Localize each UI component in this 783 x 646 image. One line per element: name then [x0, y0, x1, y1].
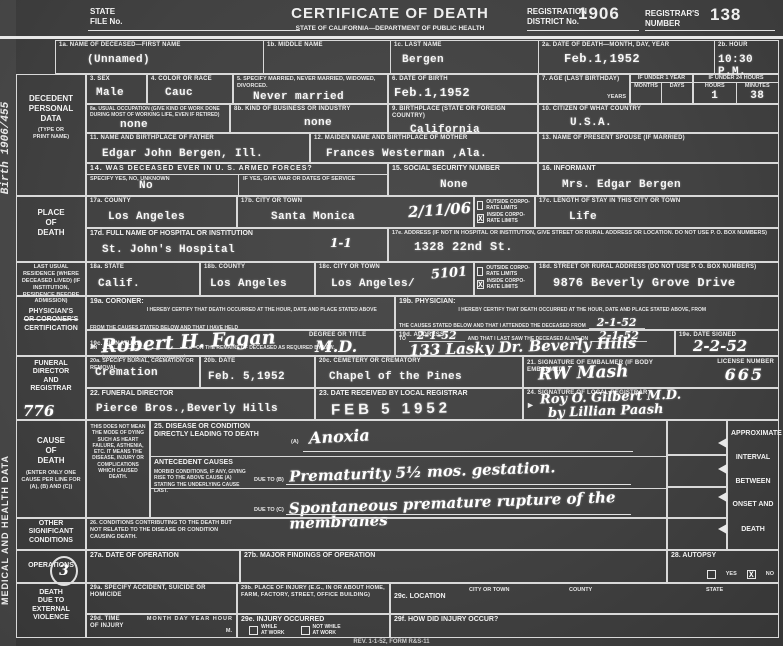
field-17c-label: 17c. LENGTH OF STAY IN THIS CITY OR TOWN — [539, 198, 775, 205]
field-20b: 20b. DATE Feb. 5,1952 — [200, 356, 315, 388]
field-17e-label: 17e. ADDRESS (IF NOT IN HOSPITAL OR INST… — [392, 230, 775, 237]
field-14-sub1-label: SPECIFY YES, NO, UNKNOWN — [90, 176, 170, 183]
antecedent-label: ANTECEDENT CAUSES — [154, 459, 233, 467]
field-28-label: 28. AUTOPSY — [671, 552, 775, 560]
field-27a-label: 27a. DATE OF OPERATION — [90, 552, 236, 560]
field-17c: 17c. LENGTH OF STAY IN THIS CITY OR TOWN… — [535, 196, 779, 228]
field-23-date-stamp: FEB 5 1952 — [331, 399, 519, 419]
field-17e-value: 1328 22nd St. — [414, 241, 775, 254]
interval-arrow-icon — [718, 492, 727, 502]
field-14-sub2-label: IF YES, GIVE WAR OR DATES OF SERVICE — [243, 176, 355, 183]
field-24: 24. SIGNATURE OF LOCAL REGISTRAR ► Roy O… — [523, 388, 779, 420]
sidebar-residence: LAST USUAL RESIDENCE (WHERE DECEASED LIV… — [16, 262, 86, 296]
field-u1y-label: IF UNDER 1 YEAR — [631, 75, 692, 83]
field-8a-label: 8a. USUAL OCCUPATION (GIVE KIND OF WORK … — [90, 106, 226, 119]
interval-word-interval: INTERVAL — [731, 454, 775, 462]
field-19c: 19c. SIGNATURE ► Robert H. Fagan DEGREE … — [86, 330, 395, 356]
field-15-label: 15. SOCIAL SECURITY NUMBER — [392, 165, 534, 173]
field-18c: 18c. CITY OR TOWN Los Angeles/ 5101 — [315, 262, 474, 296]
field-10-label: 10. CITIZEN OF WHAT COUNTRY — [542, 106, 775, 113]
injury-not-while-at-work-checkbox — [301, 626, 310, 635]
field-u24-minutes-label: MINUTES — [737, 83, 779, 90]
state-file-label: STATE FILE No. — [90, 7, 122, 27]
field-19e-value: 2-2-52 — [693, 339, 775, 354]
sidebar-funeral-handwritten-number: 776 — [23, 404, 54, 419]
field-1a-value: (Unnamed) — [87, 54, 260, 66]
field-29c-county-label: COUNTY — [569, 587, 592, 594]
field-3: 3. SEX Male — [86, 74, 147, 104]
field-18d-value: 9876 Beverly Grove Drive — [553, 277, 775, 290]
field-12-value: Frances Westerman ,Ala. — [326, 148, 534, 160]
cause-b-underline — [286, 484, 631, 485]
field-17b-value: Santa Monica — [271, 211, 355, 223]
field-u24-label: IF UNDER 24 HOURS — [694, 75, 778, 83]
field-19b-from-value: 2-1-52 — [589, 317, 645, 329]
field-28-autopsy: 28. AUTOPSY YES XNO — [667, 550, 779, 583]
field-1c-label: 1c. LAST NAME — [394, 42, 535, 49]
field-7: 7. AGE (LAST BIRTHDAY) YEARS — [538, 74, 630, 104]
field-21-license-value: 665 — [725, 367, 764, 383]
header-double-rule — [0, 36, 783, 39]
sidebar-certification-line2: OR CORONER'S — [20, 316, 82, 324]
field-14-value: No — [139, 180, 153, 192]
field-17d: 17d. FULL NAME OF HOSPITAL OR INSTITUTIO… — [86, 228, 388, 262]
field-10: 10. CITIZEN OF WHAT COUNTRY U.S.A. — [538, 104, 779, 133]
outside-limits-checkbox — [477, 201, 483, 210]
sidebar-place-of-death: PLACE OF DEATH — [16, 196, 86, 262]
sidebar-other-conditions: OTHER SIGNIFICANT CONDITIONS — [16, 518, 86, 550]
field-8b-label: 8b. KIND OF BUSINESS OR INDUSTRY — [234, 106, 384, 113]
field-27a: 27a. DATE OF OPERATION — [86, 550, 240, 583]
field-29d-columns-label: MONTH DAY YEAR HOUR — [147, 616, 233, 623]
field-26: 26. CONDITIONS CONTRIBUTING TO THE DEATH… — [86, 518, 667, 550]
field-18a-label: 18a. STATE — [90, 264, 196, 271]
cause-a-underline — [303, 451, 633, 452]
outside-limits-checkbox — [477, 267, 483, 276]
field-if-under-24-hours: IF UNDER 24 HOURS HOURS MINUTES 1 38 — [693, 74, 779, 104]
sidebar-operations-handwritten-circle: 3 — [50, 556, 78, 586]
interval-label-column: APPROXIMATE INTERVAL BETWEEN ONSET AND D… — [727, 420, 779, 550]
field-if-under-1-year: IF UNDER 1 YEAR MONTHS DAYS — [630, 74, 693, 104]
field-2a: 2a. DATE OF DEATH—MONTH, DAY, YEAR Feb.1… — [538, 40, 715, 74]
sidebar-cause-sublabel: (ENTER ONLY ONE CAUSE PER LINE FOR (A), … — [20, 470, 82, 491]
field-18c-handwritten: 5101 — [430, 265, 467, 281]
autopsy-yes-checkbox — [707, 570, 716, 579]
field-25-b-value: Prematurity 5½ mos. gestation. — [289, 460, 556, 484]
field-9-label: 9. BIRTHPLACE (STATE OR FOREIGN COUNTRY) — [392, 106, 534, 120]
field-19a: 19a. CORONER: I HEREBY CERTIFY THAT DEAT… — [86, 296, 395, 330]
field-19b-text1: I HEREBY CERTIFY THAT DEATH OCCURRED AT … — [458, 307, 706, 313]
field-16-label: 16. INFORMANT — [542, 165, 775, 173]
field-1a-label: 1a. NAME OF DECEASED—FIRST NAME — [59, 42, 260, 49]
registrar-number-value: 138 — [710, 5, 741, 25]
field-25-a-value: Anoxia — [309, 427, 370, 446]
cause-note-column: THIS DOES NOT MEAN THE MODE OF DYING SUC… — [86, 420, 150, 518]
field-29b-label: 29b. PLACE OF INJURY (E.G., IN OR ABOUT … — [241, 585, 386, 598]
field-15-value: None — [440, 179, 534, 191]
field-22-label: 22. FUNERAL DIRECTOR — [90, 390, 311, 398]
interval-arrow-icon — [718, 438, 727, 448]
field-8a-value: none — [120, 119, 226, 131]
field-17e: 17e. ADDRESS (IF NOT IN HOSPITAL OR INST… — [388, 228, 779, 262]
field-19a-text1: I HEREBY CERTIFY THAT DEATH OCCURRED AT … — [90, 307, 377, 331]
autopsy-yes-label: YES — [726, 571, 737, 578]
interval-arrow-icon — [718, 524, 727, 534]
field-17-corporate-limits: OUTSIDE CORPO- RATE LIMITS XINSIDE CORPO… — [474, 196, 535, 228]
sidebar-decedent: DECEDENT PERSONAL DATA (TYPE OR PRINT NA… — [16, 74, 86, 196]
registrar-number-label: REGISTRAR'S NUMBER — [645, 9, 699, 29]
field-19c-signature-value: Robert H. Fagan — [101, 328, 276, 356]
field-23: 23. DATE RECEIVED BY LOCAL REGISTRAR FEB… — [315, 388, 523, 420]
interval-word-death: DEATH — [731, 526, 775, 534]
sidebar-cause-of-death: CAUSE OF DEATH (ENTER ONLY ONE CAUSE PER… — [16, 420, 86, 518]
inside-limits-checkbox-checked: X — [477, 214, 484, 223]
sidebar-funeral-label: FUNERAL DIRECTOR AND REGISTRAR — [20, 360, 82, 394]
field-29f-label: 29f. HOW DID INJURY OCCUR? — [394, 616, 775, 624]
field-u1y-months-label: MONTHS — [631, 83, 662, 90]
interval-box-26 — [667, 518, 727, 550]
field-29c-state-label: STATE — [706, 587, 723, 594]
field-11: 11. NAME AND BIRTHPLACE OF FATHER Edgar … — [86, 133, 310, 163]
field-8b: 8b. KIND OF BUSINESS OR INDUSTRY none — [230, 104, 388, 133]
field-17c-value: Life — [569, 211, 775, 223]
field-17a-label: 17a. COUNTY — [90, 198, 233, 205]
field-1b: 1b. MIDDLE NAME — [263, 40, 391, 74]
field-18d: 18d. STREET OR RURAL ADDRESS (DO NOT USE… — [535, 262, 779, 296]
sidebar-other-label: OTHER SIGNIFICANT CONDITIONS — [20, 520, 82, 545]
sidebar-external-violence: DEATH DUE TO EXTERNAL VIOLENCE — [16, 583, 86, 638]
margin-birth-note: Birth 1906/455 — [0, 68, 16, 228]
field-3-value: Male — [96, 87, 143, 99]
injury-while-at-work-checkbox — [249, 626, 258, 635]
field-21-signature-value: RW Mash — [538, 363, 629, 383]
field-14-divider — [238, 174, 239, 195]
field-20a-value: Cremation — [95, 367, 158, 379]
field-2a-value: Feb.1,1952 — [564, 53, 711, 66]
field-3-label: 3. SEX — [90, 76, 143, 83]
field-29e: 29e. INJURY OCCURRED WHILE AT WORK NOT W… — [237, 614, 390, 638]
field-2b-label: 2b. HOUR — [718, 42, 775, 49]
field-5-value: Never married — [253, 91, 384, 103]
field-20c: 20c. CEMETERY OR CREMATORY Chapel of the… — [315, 356, 523, 388]
interval-word-onset-and: ONSET AND — [731, 501, 775, 509]
field-1c: 1c. LAST NAME Bergen — [390, 40, 539, 74]
field-20c-label: 20c. CEMETERY OR CREMATORY — [319, 358, 519, 365]
form-revision-footer: REV. 1-1-52, FORM R&S-11 — [0, 639, 783, 645]
field-17b: 17b. CITY OR TOWN Santa Monica 2/11/06 — [237, 196, 474, 228]
sidebar-funeral-director: FUNERAL DIRECTOR AND REGISTRAR 776 — [16, 356, 86, 420]
field-6: 6. DATE OF BIRTH Feb.1,1952 — [388, 74, 538, 104]
field-9: 9. BIRTHPLACE (STATE OR FOREIGN COUNTRY)… — [388, 104, 538, 133]
field-21: 21. SIGNATURE OF EMBALMER (IF BODY EMBAL… — [523, 356, 779, 388]
field-29f: 29f. HOW DID INJURY OCCUR? — [390, 614, 779, 638]
antecedent-note: MORBID CONDITIONS, IF ANY, GIVING RISE T… — [154, 469, 249, 494]
field-4-label: 4. COLOR OR RACE — [151, 76, 229, 83]
field-u1y-months-value — [631, 90, 662, 103]
field-25-c-tag: DUE TO (C) — [254, 507, 284, 514]
field-22: 22. FUNERAL DIRECTOR Pierce Bros.,Beverl… — [86, 388, 315, 420]
field-20b-label: 20b. DATE — [204, 358, 311, 365]
autopsy-no-checkbox-checked: X — [747, 570, 756, 579]
field-5-label: 5. SPECIFY MARRIED, NEVER MARRIED, WIDOW… — [237, 76, 384, 90]
field-6-label: 6. DATE OF BIRTH — [392, 76, 534, 83]
field-17a-value: Los Angeles — [108, 211, 233, 223]
field-29c: 29c. LOCATION CITY OR TOWN COUNTY STATE — [390, 583, 779, 614]
field-7-unit-label: YEARS — [607, 94, 626, 101]
field-19c-degree-value: M.D. — [315, 339, 357, 355]
interval-word-between: BETWEEN — [731, 478, 775, 486]
field-4: 4. COLOR OR RACE Cauc — [147, 74, 233, 104]
field-5: 5. SPECIFY MARRIED, NEVER MARRIED, WIDOW… — [233, 74, 388, 104]
interval-arrow-icon — [718, 464, 727, 474]
field-18b-label: 18b. COUNTY — [204, 264, 311, 271]
field-29e-label: 29e. INJURY OCCURRED — [241, 616, 386, 624]
death-certificate-scan: Birth 1906/455 MEDICAL AND HEALTH DATA S… — [0, 0, 783, 646]
field-13: 13. NAME OF PRESENT SPOUSE (IF MARRIED) — [538, 133, 779, 163]
margin-medical-label: MEDICAL AND HEALTH DATA — [0, 425, 16, 635]
sidebar-certification-line3: CERTIFICATION — [20, 325, 82, 333]
field-6-value: Feb.1,1952 — [394, 87, 534, 100]
field-26-label: 26. CONDITIONS CONTRIBUTING TO THE DEATH… — [90, 520, 240, 541]
field-14-label: 14. WAS DECEASED EVER IN U. S. ARMED FOR… — [87, 164, 387, 175]
autopsy-no-label: NO — [766, 571, 774, 578]
field-17d-handwritten: 1-1 — [330, 237, 352, 249]
field-1c-value: Bergen — [402, 54, 535, 66]
field-29d-label: 29d. TIME OF INJURY — [90, 616, 124, 630]
field-22-value: Pierce Bros.,Beverly Hills — [96, 403, 311, 415]
field-17d-value: St. John's Hospital — [102, 244, 235, 256]
field-29d: 29d. TIME OF INJURY MONTH DAY YEAR HOUR … — [86, 614, 237, 638]
field-20a: 20a. SPECIFY BURIAL, CREMATION OR REMOVA… — [86, 356, 200, 388]
field-8b-value: none — [304, 117, 384, 129]
signature-arrow-icon: ► — [526, 400, 535, 410]
field-29d-meridiem-label: M. — [226, 628, 232, 635]
field-11-value: Edgar John Bergen, Ill. — [102, 148, 306, 160]
field-11-label: 11. NAME AND BIRTHPLACE OF FATHER — [90, 135, 306, 142]
inside-limits-label: INSIDE CORPO- RATE LIMITS — [487, 213, 532, 224]
certificate-title: CERTIFICATE OF DEATH — [255, 5, 525, 22]
field-18d-label: 18d. STREET OR RURAL ADDRESS (DO NOT USE… — [539, 264, 775, 271]
field-7-label: 7. AGE (LAST BIRTHDAY) — [542, 76, 626, 83]
certificate-subtitle: STATE OF CALIFORNIA—DEPARTMENT OF PUBLIC… — [255, 25, 525, 32]
sidebar-violence-label: DEATH DUE TO EXTERNAL VIOLENCE — [20, 589, 82, 623]
field-18c-value: Los Angeles/ — [331, 278, 415, 290]
inside-limits-checkbox-checked: X — [477, 280, 484, 289]
field-23-label: 23. DATE RECEIVED BY LOCAL REGISTRAR — [319, 390, 519, 398]
outside-limits-label: OUTSIDE CORPO- RATE LIMITS — [486, 200, 532, 211]
field-20b-value: Feb. 5,1952 — [208, 371, 311, 383]
field-18b: 18b. COUNTY Los Angeles — [200, 262, 315, 296]
sidebar-place-label: PLACE OF DEATH — [20, 208, 82, 238]
field-27b-label: 27b. MAJOR FINDINGS OF OPERATION — [244, 552, 663, 560]
signature-arrow-icon: ► — [89, 341, 98, 351]
field-18a-value: Calif. — [98, 278, 196, 290]
field-29a-label: 29a. SPECIFY ACCIDENT, SUICIDE OR HOMICI… — [90, 585, 233, 599]
field-16-value: Mrs. Edgar Bergen — [562, 179, 775, 191]
injury-not-while-at-work-label: NOT WHILE AT WORK — [313, 625, 341, 636]
field-15: 15. SOCIAL SECURITY NUMBER None — [388, 163, 538, 196]
field-u24-hours-label: HOURS — [694, 83, 737, 90]
inside-limits-label: INSIDE CORPO- RATE LIMITS — [487, 279, 532, 290]
field-29c-city-label: CITY OR TOWN — [469, 587, 509, 594]
field-18b-value: Los Angeles — [210, 278, 311, 290]
field-12-label: 12. MAIDEN NAME AND BIRTHPLACE OF MOTHER — [314, 135, 534, 142]
field-19b: 19b. PHYSICIAN: I HEREBY CERTIFY THAT DE… — [395, 296, 779, 330]
field-20c-value: Chapel of the Pines — [329, 371, 519, 383]
field-18-corporate-limits: OUTSIDE CORPO- RATE LIMITS XINSIDE CORPO… — [474, 262, 535, 296]
field-16: 16. INFORMANT Mrs. Edgar Bergen — [538, 163, 779, 196]
field-19b-label: 19b. PHYSICIAN: — [399, 298, 455, 306]
field-19d: 19d. ADDRESS 133 Lasky Dr. Beverly Hills — [395, 330, 675, 356]
registration-line — [527, 30, 639, 31]
field-u24-hours-value: 1 — [694, 90, 737, 103]
field-2a-label: 2a. DATE OF DEATH—MONTH, DAY, YEAR — [542, 42, 711, 49]
registration-district-value: 1906 — [578, 4, 620, 24]
field-1a: 1a. NAME OF DECEASED—FIRST NAME (Unnamed… — [55, 40, 264, 74]
field-19a-label: 19a. CORONER: — [90, 298, 144, 306]
injury-while-at-work-label: WHILE AT WORK — [261, 625, 285, 636]
field-4-value: Cauc — [165, 87, 229, 99]
outside-limits-label: OUTSIDE CORPO- RATE LIMITS — [486, 266, 532, 277]
field-1b-label: 1b. MIDDLE NAME — [267, 42, 387, 49]
cause-note-text: THIS DOES NOT MEAN THE MODE OF DYING SUC… — [90, 424, 146, 480]
sidebar-decedent-label: DECEDENT PERSONAL DATA — [20, 94, 82, 124]
field-2b: 2b. HOUR 10:30 P.M. — [714, 40, 779, 74]
field-29b: 29b. PLACE OF INJURY (E.G., IN OR ABOUT … — [237, 583, 390, 614]
field-25-b-tag: DUE TO (B) — [254, 477, 284, 484]
registrar-line — [645, 30, 775, 31]
field-24-signature-line2: by Lillian Paash — [548, 403, 664, 420]
field-17b-handwritten: 2/11/06 — [407, 201, 471, 220]
cause-main-box: 25. DISEASE OR CONDITION DIRECTLY LEADIN… — [150, 420, 667, 518]
sidebar-decedent-sublabel: (TYPE OR PRINT NAME) — [20, 127, 82, 141]
field-25-a-tag: (A) — [291, 439, 299, 446]
sidebar-certification: PHYSICIAN'S OR CORONER'S CERTIFICATION — [16, 296, 86, 356]
field-29a: 29a. SPECIFY ACCIDENT, SUICIDE OR HOMICI… — [86, 583, 237, 614]
field-12: 12. MAIDEN NAME AND BIRTHPLACE OF MOTHER… — [310, 133, 538, 163]
cause-c-underline — [286, 514, 631, 515]
field-u1y-days-value — [662, 90, 692, 103]
field-18a: 18a. STATE Calif. — [86, 262, 200, 296]
sidebar-certification-line1: PHYSICIAN'S — [20, 308, 82, 316]
interval-word-approximate: APPROXIMATE — [731, 430, 775, 438]
field-10-value: U.S.A. — [570, 117, 775, 129]
field-8a: 8a. USUAL OCCUPATION (GIVE KIND OF WORK … — [86, 104, 230, 133]
field-u1y-days-label: DAYS — [662, 83, 692, 90]
field-19e: 19e. DATE SIGNED 2-2-52 — [675, 330, 779, 356]
field-29c-label: 29c. LOCATION — [394, 593, 446, 601]
field-25-label: 25. DISEASE OR CONDITION DIRECTLY LEADIN… — [154, 423, 284, 440]
field-14: 14. WAS DECEASED EVER IN U. S. ARMED FOR… — [86, 163, 388, 196]
field-17a: 17a. COUNTY Los Angeles — [86, 196, 237, 228]
field-u24-minutes-value: 38 — [737, 90, 779, 103]
cause-row-a: 25. DISEASE OR CONDITION DIRECTLY LEADIN… — [151, 421, 666, 457]
cause-rows-bc: ANTECEDENT CAUSES MORBID CONDITIONS, IF … — [151, 457, 666, 518]
field-13-label: 13. NAME OF PRESENT SPOUSE (IF MARRIED) — [542, 135, 775, 142]
sidebar-cause-label: CAUSE OF DEATH — [20, 436, 82, 466]
field-27b: 27b. MAJOR FINDINGS OF OPERATION — [240, 550, 667, 583]
